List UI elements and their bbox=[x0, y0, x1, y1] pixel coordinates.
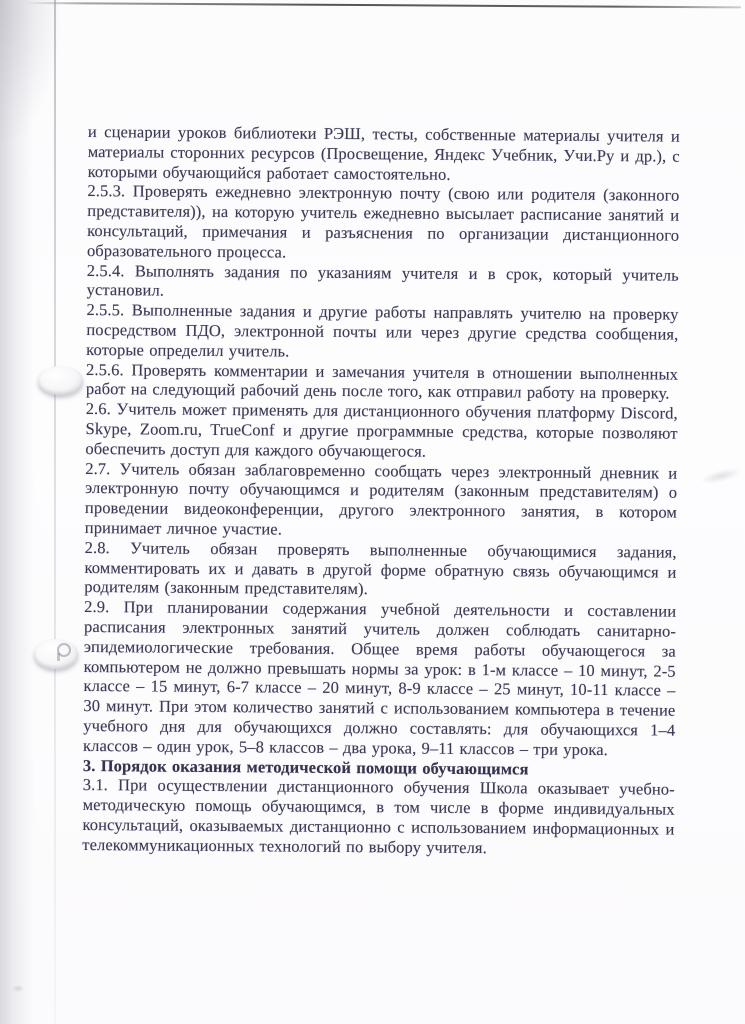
scanned-page: и сценарии уроков библиотеки РЭШ, тесты,… bbox=[0, 0, 745, 1024]
punch-hole-top bbox=[38, 366, 83, 395]
hole-reinforcement-mark bbox=[57, 643, 71, 657]
paragraph-2-7: 2.7. Учитель обязан заблаговременно сооб… bbox=[85, 459, 678, 543]
paragraph-2-9: 2.9. При планировании содержания учебной… bbox=[83, 597, 676, 760]
paragraph-2-5-6: 2.5.6. Проверять комментарии и замечания… bbox=[86, 360, 678, 404]
page-corner-shadow bbox=[0, 0, 60, 140]
punch-hole-bottom bbox=[34, 639, 78, 669]
paragraph-2-5-5: 2.5.5. Выполненные задания и другие рабо… bbox=[86, 300, 678, 364]
paragraph-2-5-4: 2.5.4. Выполнять задания по указаниям уч… bbox=[87, 261, 679, 305]
paragraph-2-8: 2.8. Учитель обязан проверять выполненны… bbox=[84, 538, 676, 602]
paragraph-continuation: и сценарии уроков библиотеки РЭШ, тесты,… bbox=[88, 122, 680, 186]
scan-smudge-artifact bbox=[699, 465, 743, 487]
paragraph-3-1: 3.1. При осуществлении дистанционного об… bbox=[82, 775, 675, 859]
document-body-text: и сценарии уроков библиотеки РЭШ, тесты,… bbox=[82, 122, 680, 859]
paragraph-2-6: 2.6. Учитель может применять для дистанц… bbox=[85, 399, 677, 463]
page-left-edge-shadow bbox=[0, 0, 34, 1024]
scanner-top-edge-artifact bbox=[26, 2, 741, 9]
paragraph-2-5-3: 2.5.3. Проверять ежедневно электронную п… bbox=[87, 181, 680, 265]
binder-fold-line bbox=[54, 0, 56, 1024]
scan-speck-artifact bbox=[12, 985, 24, 992]
